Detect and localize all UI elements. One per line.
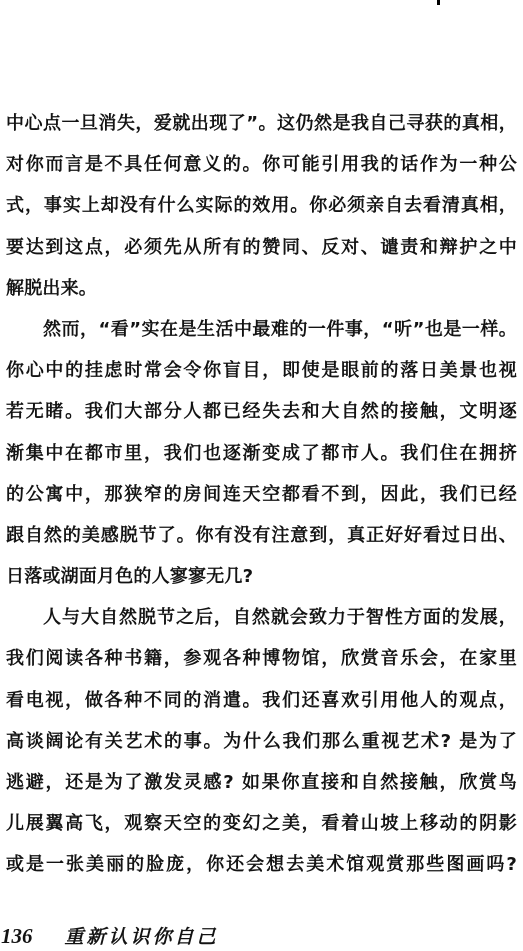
text-line: 你心中的挂虑时常会令你盲目，即使是眼前的落日美景也视: [6, 350, 517, 391]
text-line: 对你而言是不具任何意义的。你可能引用我的话作为一种公: [6, 144, 517, 185]
book-page: 中心点一旦消失，爱就出现了”。这仍然是我自己寻获的真相，对你而言是不具任何意义的…: [0, 0, 523, 951]
text-line: 跟自然的美感脱节了。你有没有注意到，真正好好看过日出、: [6, 515, 517, 556]
text-line: 渐集中在都市里，我们也逐渐变成了都市人。我们住在拥挤: [6, 433, 517, 474]
book-title: 重新认识你自己: [65, 922, 219, 949]
text-line: 要达到这点，必须先从所有的赞同、反对、谴责和辩护之中: [6, 227, 517, 268]
scan-artifact-mark: [437, 0, 440, 5]
text-line: 然而，“看”实在是生活中最难的一件事，“听”也是一样。: [6, 309, 517, 350]
paragraph: 中心点一旦消失，爱就出现了”。这仍然是我自己寻获的真相，对你而言是不具任何意义的…: [6, 103, 517, 309]
text-line: 的公寓中，那狭窄的房间连天空都看不到，因此，我们已经: [6, 474, 517, 515]
paragraph: 然而，“看”实在是生活中最难的一件事，“听”也是一样。你心中的挂虑时常会令你盲目…: [6, 309, 517, 597]
text-line: 若无睹。我们大部分人都已经失去和大自然的接触，文明逐: [6, 391, 517, 432]
text-line: 看电视，做各种不同的消遣。我们还喜欢引用他人的观点，: [6, 680, 517, 721]
text-line: 式，事实上却没有什么实际的效用。你必须亲自去看清真相，: [6, 185, 517, 226]
text-line: 日落或湖面月色的人寥寥无几?: [6, 556, 517, 597]
text-line: 人与大自然脱节之后，自然就会致力于智性方面的发展，: [6, 597, 517, 638]
text-line: 逃避，还是为了激发灵感? 如果你直接和自然接触，欣赏鸟: [6, 762, 517, 803]
text-line: 高谈阔论有关艺术的事。为什么我们那么重视艺术? 是为了: [6, 721, 517, 762]
text-line: 解脱出来。: [6, 268, 517, 309]
page-footer: 136 重新认识你自己: [1, 922, 219, 949]
text-line: 我们阅读各种书籍，参观各种博物馆，欣赏音乐会，在家里: [6, 638, 517, 679]
text-line: 中心点一旦消失，爱就出现了”。这仍然是我自己寻获的真相，: [6, 103, 517, 144]
text-block: 中心点一旦消失，爱就出现了”。这仍然是我自己寻获的真相，对你而言是不具任何意义的…: [6, 103, 517, 886]
paragraph: 人与大自然脱节之后，自然就会致力于智性方面的发展，我们阅读各种书籍，参观各种博物…: [6, 597, 517, 885]
text-line: 儿展翼高飞，观察天空的变幻之美，看着山坡上移动的阴影: [6, 803, 517, 844]
text-line: 或是一张美丽的脸庞，你还会想去美术馆观赏那些图画吗?: [6, 844, 517, 885]
page-number: 136: [1, 924, 33, 949]
